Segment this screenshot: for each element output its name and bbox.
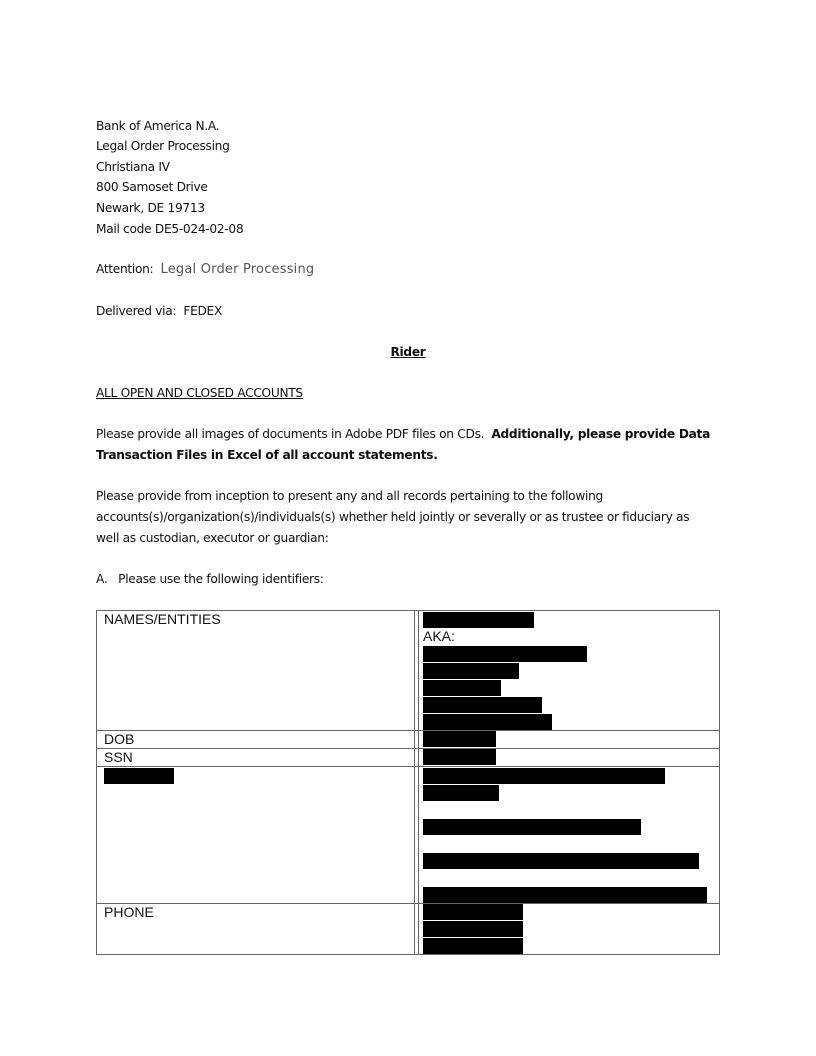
redaction-block	[423, 904, 523, 920]
value-cell	[419, 767, 720, 904]
redaction-block	[423, 749, 496, 765]
identifiers-table: NAMES/ENTITIES AKA: DOB SSN	[96, 610, 720, 955]
redaction-block	[423, 768, 665, 784]
label-cell: NAMES/ENTITIES	[97, 611, 415, 731]
label-cell: PHONE	[97, 904, 415, 955]
paragraph-pdf-request: Please provide all images of documents i…	[96, 427, 710, 441]
address-line: Mail code DE5-024-02-08	[96, 222, 243, 236]
table-row	[97, 767, 720, 904]
redaction-block	[423, 663, 519, 679]
address-line: Bank of America N.A.	[96, 119, 219, 133]
attention-line: Attention: Legal Order Processing	[96, 262, 314, 277]
delivery-value: FEDEX	[183, 304, 222, 318]
paragraph-bold-continuation: Transaction Files in Excel of all accoun…	[96, 448, 438, 462]
redaction-block	[423, 938, 523, 954]
table-row: SSN	[97, 749, 720, 767]
label-cell: DOB	[97, 731, 415, 749]
paragraph-bold-text: Additionally, please provide Data	[491, 427, 710, 441]
redaction-block	[423, 819, 641, 835]
row-label: PHONE	[104, 904, 414, 921]
row-label: SSN	[104, 749, 414, 766]
attention-label: Attention:	[96, 262, 153, 276]
list-text: Please use the following identifiers:	[118, 572, 323, 586]
paragraph-records-line: Please provide from inception to present…	[96, 489, 603, 503]
table-row: NAMES/ENTITIES AKA:	[97, 611, 720, 731]
address-line: Newark, DE 19713	[96, 201, 205, 215]
value-cell	[419, 731, 720, 749]
delivery-line: Delivered via: FEDEX	[96, 304, 222, 318]
table-row: PHONE	[97, 904, 720, 955]
list-marker: A.	[96, 572, 107, 586]
redaction-block	[423, 714, 552, 730]
label-cell	[97, 767, 415, 904]
redaction-block	[423, 887, 707, 903]
document-page: Bank of America N.A. Legal Order Process…	[0, 0, 816, 1056]
section-heading: ALL OPEN AND CLOSED ACCOUNTS	[96, 386, 303, 400]
redacted-label	[104, 768, 174, 784]
redaction-block	[423, 697, 542, 713]
redaction-block	[423, 680, 501, 696]
table-row: DOB	[97, 731, 720, 749]
redaction-block	[423, 785, 499, 801]
redaction-block	[423, 646, 587, 662]
redaction-block	[423, 921, 523, 937]
row-label: NAMES/ENTITIES	[104, 611, 414, 628]
document-title: Rider	[0, 345, 816, 359]
aka-label: AKA:	[423, 628, 719, 645]
address-line: Christiana IV	[96, 160, 170, 174]
value-cell	[419, 904, 720, 955]
redaction-block	[423, 731, 496, 747]
paragraph-records-line: well as custodian, executor or guardian:	[96, 531, 329, 545]
redaction-block	[423, 612, 534, 628]
address-line: Legal Order Processing	[96, 139, 230, 153]
delivery-label: Delivered via:	[96, 304, 176, 318]
value-cell	[419, 749, 720, 767]
paragraph-records-line: accounts(s)/organization(s)/individuals(…	[96, 510, 689, 524]
redaction-block	[423, 853, 699, 869]
value-cell: AKA:	[419, 611, 720, 731]
label-cell: SSN	[97, 749, 415, 767]
attention-value: Legal Order Processing	[161, 262, 315, 277]
address-line: 800 Samoset Drive	[96, 180, 208, 194]
row-label: DOB	[104, 731, 414, 748]
paragraph-normal-text: Please provide all images of documents i…	[96, 427, 484, 441]
list-item-a: A. Please use the following identifiers:	[96, 572, 324, 586]
